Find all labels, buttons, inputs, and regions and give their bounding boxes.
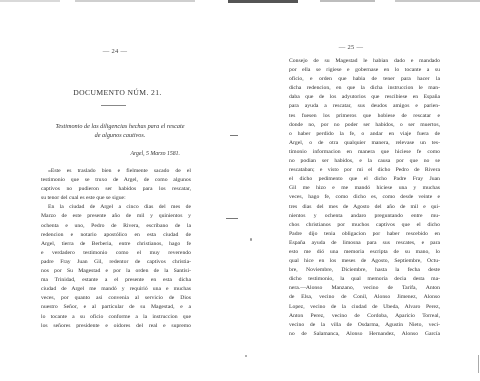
text-line: rescataban; e visto por mi el dicho Pedr… [289, 166, 440, 175]
body-text: «Este es traslado bien e fielmente sacad… [41, 167, 191, 331]
text-line: bre, Noviembre, Diciembre, hasta la fech… [289, 266, 440, 275]
dateline: Argel, 5 Marzo 1581. [120, 151, 180, 157]
text-line: chos christianos por muchos captivos que… [289, 221, 440, 230]
subtitle-line: Testimonio de las diligencias hechas par… [40, 122, 200, 131]
document-subtitle: Testimonio de las diligencias hechas par… [40, 122, 200, 140]
text-line: los señores presidente e oidores del rea… [41, 322, 191, 331]
text-line: nuestro Señor, e al particular de su Mag… [41, 303, 191, 312]
text-line: oficio, e orden que habia de tener para … [289, 75, 440, 84]
text-line: e verdadero testimonio como el muy rever… [41, 249, 191, 258]
text-line: vecino de la villa de Osdarma, Agustin N… [289, 321, 440, 330]
text-line: por ella se rigiese e gobernase en lo to… [289, 66, 440, 75]
text-line: Argel, tierra de Berberia, entre christi… [41, 240, 191, 249]
text-line: para ayuda a rescatar, sus deudos amigos… [289, 102, 440, 111]
text-line: lo tocante a su oficio conforme a la ins… [41, 313, 191, 322]
left-page: — 24 — DOCUMENTO NÚM. 21. Testimonio de … [0, 0, 240, 381]
text-line: tres dias del mes de Agosto del año de m… [289, 203, 440, 212]
text-line: Anton Perez, vecino de Cordoba, Aparicio… [289, 312, 440, 321]
text-line: captivos no pudieron ser habidos para lo… [41, 185, 191, 194]
text-line: nera.—Alonso Manzano, vecino de Tarifa, … [289, 284, 440, 293]
text-line: Argel, o de otra qualquier manera, relev… [289, 139, 440, 148]
text-line: ochenta e uno, Pedro de Rivera, escriban… [41, 222, 191, 231]
text-line: veces, por quanto asi convenia al servic… [41, 294, 191, 303]
text-line: nos por Su Magestad e por la orden de la… [41, 267, 191, 276]
page-number: — 24 — [95, 48, 135, 55]
text-line: daba que de los adyutorios que rescibies… [289, 93, 440, 102]
body-text: Consejo de su Magestad le habian dado e … [289, 57, 440, 339]
text-line: tes fuesen los primeros que hobiese de r… [289, 112, 440, 121]
text-line: ma Trinidad, estante a el presente en es… [41, 276, 191, 285]
text-line: timonio informacion en manera que hicies… [289, 148, 440, 157]
gutter-mark [226, 218, 238, 219]
text-line: no de Salamanca, Alonso Hernandez, Alons… [289, 330, 440, 339]
right-page: — 25 — Consejo de su Magestad le habian … [240, 0, 480, 381]
text-line: veces, hago fe, como dicho es, como desd… [289, 193, 440, 202]
text-line: su tenor del cual es este que se sigue: [41, 194, 191, 203]
text-line: Lopez, vecino de la ciudad de Ubeda, Alv… [289, 303, 440, 312]
text-line: dicho testimonio, la qual memoria decia … [289, 275, 440, 284]
text-line: padre Fray Juan Gil, redentor de captivo… [41, 258, 191, 267]
text-line: dicha redencion, en que la dicha instruc… [289, 84, 440, 93]
text-line: Marzo de este presente año de mil y quin… [41, 212, 191, 221]
document-heading: DOCUMENTO NÚM. 21. [40, 88, 195, 97]
text-line: España ayuda de limosna para sus rescate… [289, 239, 440, 248]
text-line: esto me dió una memoria escripta de su m… [289, 248, 440, 257]
text-line: En la ciudad de Argel a cinco dias del m… [41, 203, 191, 212]
gutter-mark [230, 135, 238, 136]
text-line: de Elsa, vecino de Conil, Alonso Jimenez… [289, 293, 440, 302]
text-line: Consejo de su Magestad le habian dado e … [289, 57, 440, 66]
text-line: Padre dijo tenia obligacion por haber re… [289, 230, 440, 239]
text-line: o haber perdido la fe, o andar en viaje … [289, 130, 440, 139]
text-line: el dicho pedimento que el dicho Padre Fr… [289, 175, 440, 184]
text-line: Gil me hizo e me mandó hiciese una y muc… [289, 184, 440, 193]
text-line: redencion e notario apostólico en esta c… [41, 231, 191, 240]
text-line: testimonio que se truxo de Argel, de com… [41, 176, 191, 185]
subtitle-line: de algunos cautivos. [40, 131, 200, 140]
heading-divider [101, 105, 126, 106]
text-line: qual hice en los meses de Agosto, Septie… [289, 257, 440, 266]
text-line: ciudad de Argel me mandó y requirió una … [41, 285, 191, 294]
text-line: nientos y ochenta andaro preguntando ent… [289, 212, 440, 221]
text-line: «Este es traslado bien e fielmente sacad… [41, 167, 191, 176]
page-number: — 25 — [331, 44, 371, 51]
text-line: donde no, por no poder ser habidos, o se… [289, 121, 440, 130]
text-line: no podian ser habidos, e la causa por qu… [289, 157, 440, 166]
